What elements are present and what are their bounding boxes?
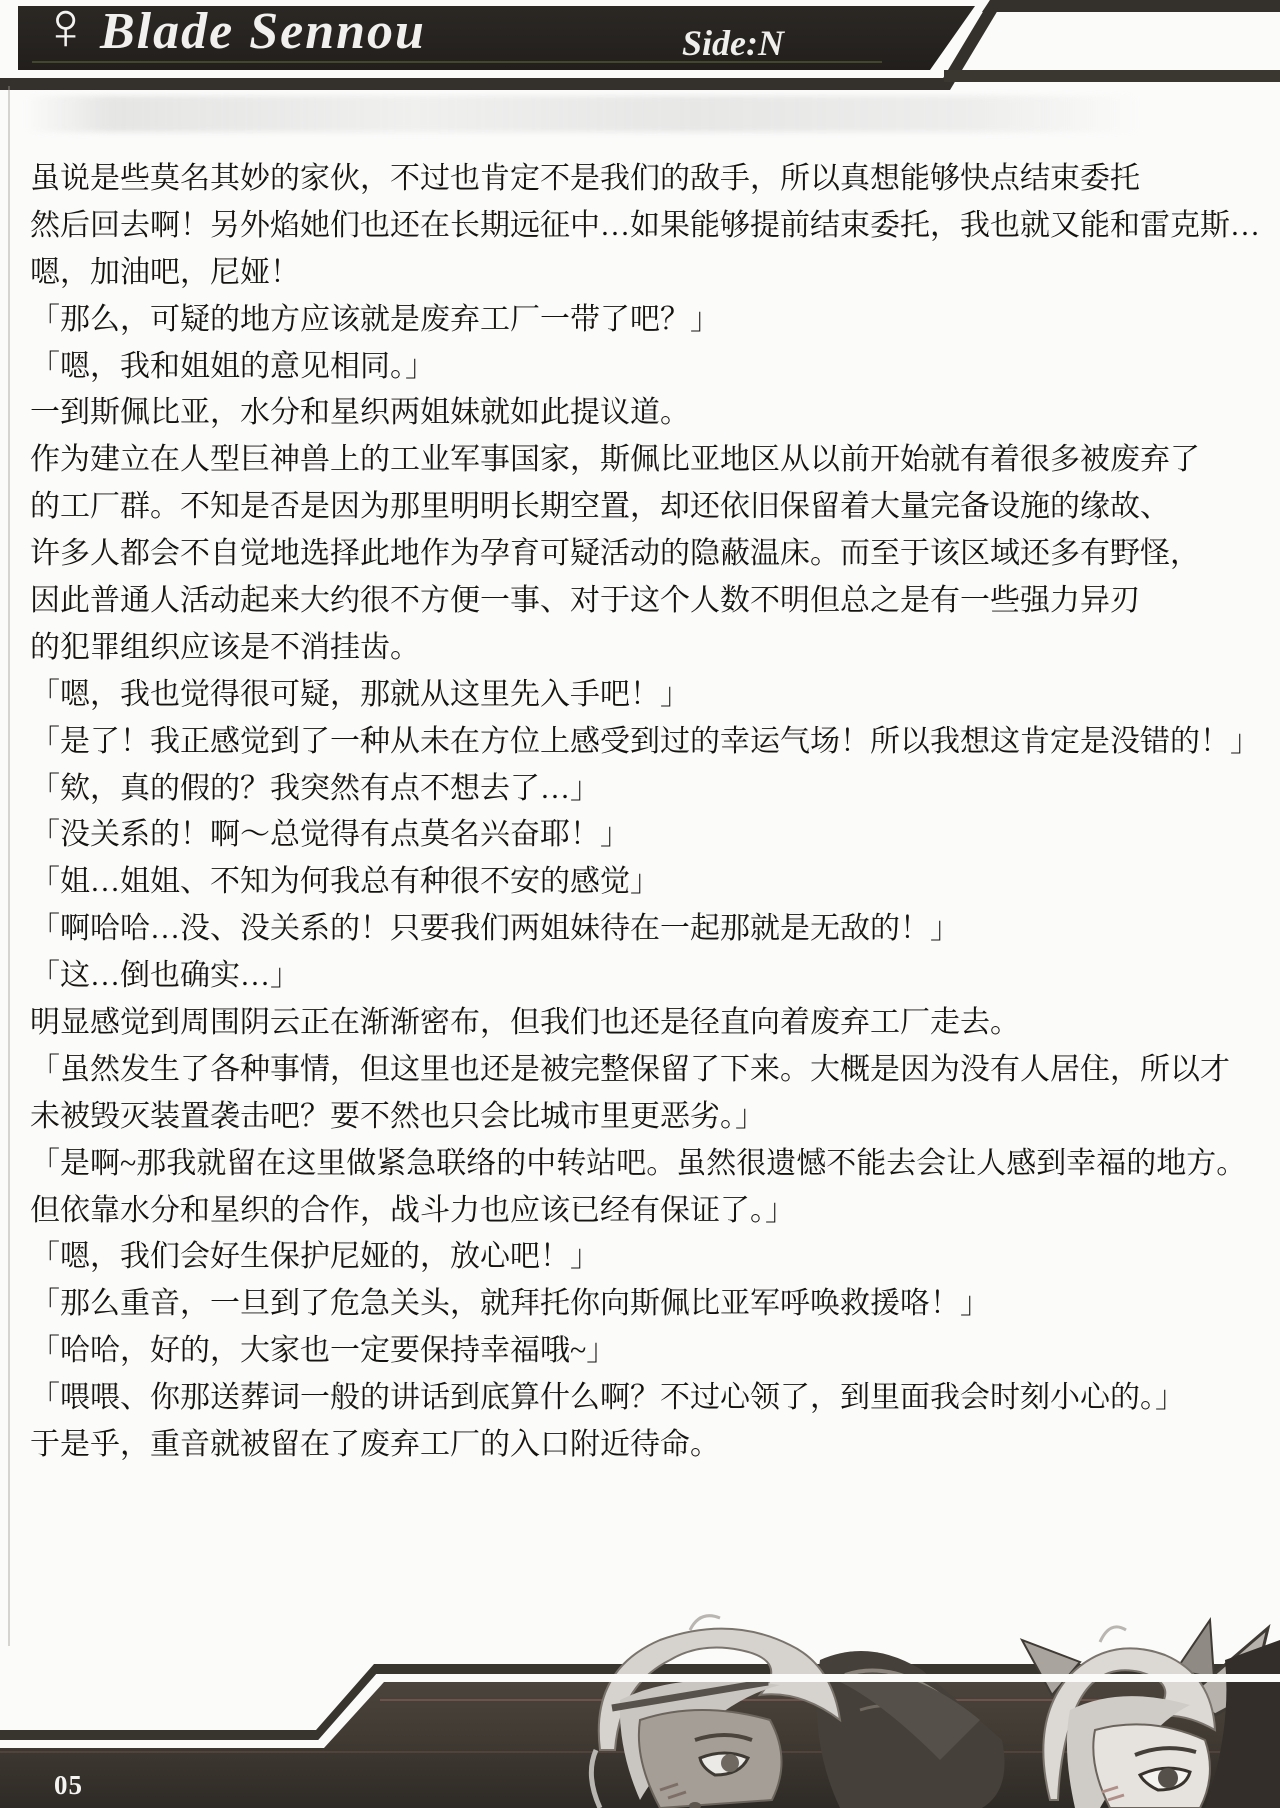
- text-line: 「虽然发生了各种事情，但这里也还是被完整保留了下来。大概是因为没有人居住，所以才: [30, 1047, 1270, 1094]
- female-symbol-icon: ♀: [40, 0, 91, 60]
- text-line: 未被毁灭装置袭击吧？要不然也只会比城市里更恶劣。」: [30, 1094, 1270, 1141]
- text-line: 作为建立在人型巨神兽上的工业军事国家，斯佩比亚地区从以前开始就有着很多被废弃了: [30, 437, 1270, 484]
- header-top-strip: [982, 0, 1280, 12]
- text-line: 嗯，加油吧，尼娅！: [30, 250, 1270, 297]
- text-line: 「那么重音，一旦到了危急关头，就拜托你向斯佩比亚军呼唤救援咯！」: [30, 1281, 1270, 1328]
- text-line: 于是乎，重音就被留在了废弃工厂的入口附近待命。: [30, 1422, 1270, 1469]
- text-line: 「喂喂、你那送葬词一般的讲话到底算什么啊？不过心领了，到里面我会时刻小心的。」: [30, 1375, 1270, 1422]
- text-line: 虽说是些莫名其妙的家伙，不过也肯定不是我们的敌手，所以真想能够快点结束委托: [30, 156, 1270, 203]
- text-line: 因此普通人活动起来大约很不方便一事、对于这个人数不明但总之是有一些强力异刃: [30, 578, 1270, 625]
- text-line: 的犯罪组织应该是不消挂齿。: [30, 625, 1270, 672]
- text-line: 「这…倒也确实…」: [30, 953, 1270, 1000]
- header-bottom-strip-right: [944, 70, 1280, 82]
- text-line: 明显感觉到周围阴云正在渐渐密布，但我们也还是径直向着废弃工厂走去。: [30, 1000, 1270, 1047]
- text-line: 「嗯，我和姐姐的意见相同。」: [30, 344, 1270, 391]
- header-side-label: Side:N: [682, 22, 784, 64]
- text-line: 但依靠水分和星织的合作，战斗力也应该已经有保证了。」: [30, 1188, 1270, 1235]
- left-page-edge-line: [8, 86, 10, 1646]
- footer-artwork: [591, 1616, 1280, 1808]
- text-line: 「嗯，我们会好生保护尼娅的，放心吧！」: [30, 1234, 1270, 1281]
- story-text: 虽说是些莫名其妙的家伙，不过也肯定不是我们的敌手，所以真想能够快点结束委托 然后…: [30, 156, 1270, 1469]
- page-title: Blade Sennou: [100, 2, 426, 61]
- text-line: 「没关系的！啊～总觉得有点莫名兴奋耶！」: [30, 812, 1270, 859]
- text-line: 「姐…姐姐、不知为何我总有种很不安的感觉」: [30, 859, 1270, 906]
- text-line: 「嗯，我也觉得很可疑，那就从这里先入手吧！」: [30, 672, 1270, 719]
- text-line: 「是啊~那我就留在这里做紧急联络的中转站吧。虽然很遗憾不能去会让人感到幸福的地方…: [30, 1141, 1270, 1188]
- text-line: 然后回去啊！另外焰她们也还在长期远征中…如果能够提前结束委托，我也就又能和雷克斯…: [30, 203, 1270, 250]
- page-number: 05: [54, 1770, 83, 1801]
- text-line: 「啊哈哈…没、没关系的！只要我们两姐妹待在一起那就是无敌的！」: [30, 906, 1270, 953]
- text-line: 的工厂群。不知是否是因为那里明明长期空置，却还依旧保留着大量完备设施的缘故、: [30, 484, 1270, 531]
- text-line: 「欸，真的假的？我突然有点不想去了…」: [30, 766, 1270, 813]
- text-line: 「哈哈，好的，大家也一定要保持幸福哦~」: [30, 1328, 1270, 1375]
- scan-noise-band: [25, 96, 1140, 132]
- text-line: 「那么，可疑的地方应该就是废弃工厂一带了吧？」: [30, 297, 1270, 344]
- footer-banner: [0, 1600, 1280, 1808]
- text-line: 许多人都会不自觉地选择此地作为孕育可疑活动的隐蔽温床。而至于该区域还多有野怪，: [30, 531, 1270, 578]
- text-line: 一到斯佩比亚，水分和星织两姐妹就如此提议道。: [30, 390, 1270, 437]
- page-root: { "header": { "symbol": "♀", "title": "B…: [0, 0, 1280, 1808]
- text-line: 「是了！我正感觉到了一种从未在方位上感受到过的幸运气场！所以我想这肯定是没错的！…: [30, 719, 1270, 766]
- header-bottom-strip-left: [0, 78, 948, 90]
